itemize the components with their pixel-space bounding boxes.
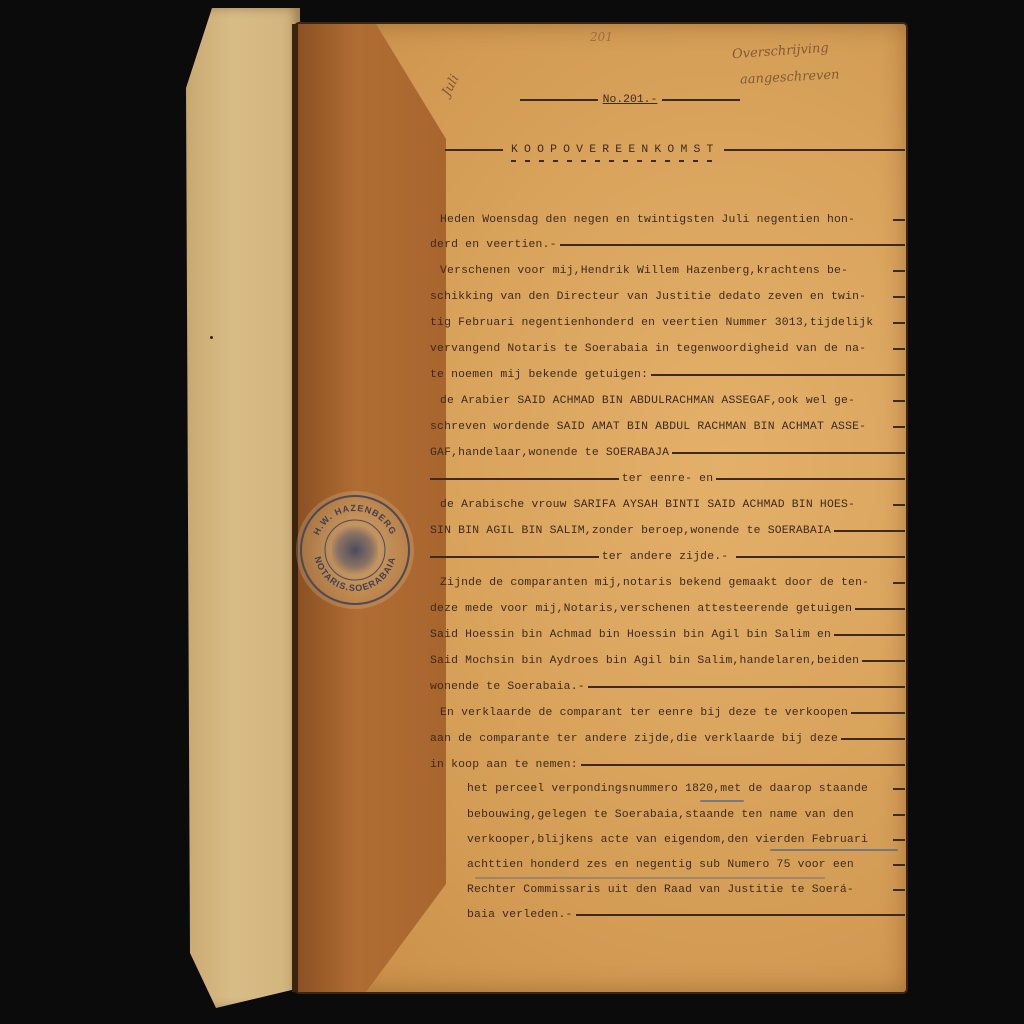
deed-line: de Arabier SAID ACHMAD BIN ABDULRACHMAN … [430,393,905,409]
fill-rule [893,814,905,816]
deed-number: No.201.- [515,92,745,108]
deed-line-text: vervangend Notaris te Soerabaia in tegen… [430,343,890,355]
deed-line-text: derd en veertien.- [430,239,557,251]
deed-line-text: baia verleden.- [467,909,573,921]
deed-line-text: Said Hoessin bin Achmad bin Hoessin bin … [430,629,831,641]
deed-line: schikking van den Directeur van Justitie… [430,289,905,305]
deed-line: ter eenre- en [430,471,905,487]
document-title: KOOPOVEREENKOMST [445,142,905,158]
deed-line-text: GAF,handelaar,wonende te SOERABAJA [430,447,669,459]
deed-line: het perceel verpondingsnummero 1820,met … [467,781,905,797]
fill-rule [581,764,905,766]
deed-line-text: ter eenre- en [622,473,713,485]
deed-line: GAF,handelaar,wonende te SOERABAJA [430,445,905,461]
deed-line-text: Verschenen voor mij,Hendrik Willem Hazen… [430,265,890,277]
title-rule-right [724,149,905,151]
fill-rule [893,788,905,790]
fill-rule [893,322,905,324]
deed-line: wonende te Soerabaia.- [430,679,905,695]
deed-line: aan de comparante ter andere zijde,die v… [430,731,905,747]
deed-line: Heden Woensdag den negen en twintigsten … [430,212,905,228]
fill-rule [430,556,599,558]
deed-line: schreven wordende SAID AMAT BIN ABDUL RA… [430,419,905,435]
deed-line-text: schikking van den Directeur van Justitie… [430,291,890,303]
deed-line-text: Rechter Commissaris uit den Raad van Jus… [467,884,890,896]
deed-line: SIN BIN AGIL BIN SALIM,zonder beroep,won… [430,523,905,539]
fill-rule [893,219,905,221]
fill-rule [851,712,905,714]
fill-rule [716,478,905,480]
deed-line-text: te noemen mij bekende getuigen: [430,369,648,381]
fill-rule [893,400,905,402]
deed-line: achttien honderd zes en negentig sub Num… [467,857,905,873]
deed-line: Zijnde de comparanten mij,notaris bekend… [430,575,905,591]
fill-rule [893,270,905,272]
fill-rule [893,504,905,506]
deed-line: En verklaarde de comparant ter eenre bij… [430,705,905,721]
deed-line-text: achttien honderd zes en negentig sub Num… [467,859,890,871]
rule-left [520,99,598,101]
deed-line: verkooper,blijkens acte van eigendom,den… [467,832,905,848]
deed-line: tig Februari negentienhonderd en veertie… [430,315,905,331]
deed-line: Said Mochsin bin Aydroes bin Agil bin Sa… [430,653,905,669]
pen-underline [770,849,898,851]
fill-rule [893,426,905,428]
fill-rule [893,864,905,866]
deed-line-text: de Arabische vrouw SARIFA AYSAH BINTI SA… [430,499,890,511]
deed-line: Said Hoessin bin Achmad bin Hoessin bin … [430,627,905,643]
deed-line: vervangend Notaris te Soerabaia in tegen… [430,341,905,357]
deed-line: te noemen mij bekende getuigen: [430,367,905,383]
fill-rule [834,530,905,532]
deed-line: derd en veertien.- [430,237,905,253]
deed-line: baia verleden.- [467,907,905,923]
deed-line-text: En verklaarde de comparant ter eenre bij… [430,707,848,719]
fill-rule [736,556,905,558]
deed-line: in koop aan te nemen: [430,757,905,773]
deed-line-text: in koop aan te nemen: [430,759,578,771]
deed-line: ter andere zijde.- [430,549,905,565]
fill-rule [893,839,905,841]
deed-line-text: aan de comparante ter andere zijde,die v… [430,733,838,745]
deed-line: bebouwing,gelegen te Soerabaia,staande t… [467,807,905,823]
fill-rule [834,634,905,636]
deed-line-text: Said Mochsin bin Aydroes bin Agil bin Sa… [430,655,859,667]
deed-line-text: wonende te Soerabaia.- [430,681,585,693]
fill-rule [893,582,905,584]
pen-underline [700,800,744,802]
fill-rule [893,889,905,891]
deed-line-text: Heden Woensdag den negen en twintigsten … [430,214,890,226]
deed-line: Verschenen voor mij,Hendrik Willem Hazen… [430,263,905,279]
deed-line-text: Zijnde de comparanten mij,notaris bekend… [430,577,890,589]
fill-rule [651,374,905,376]
fill-rule [893,348,905,350]
left-fold-flap [186,8,300,1008]
deed-line-text: verkooper,blijkens acte van eigendom,den… [467,834,890,846]
seal-text-bottom: NOTARIS.SOERABAIA [313,555,398,593]
fill-rule [672,452,905,454]
deed-line-text: deze mede voor mij,Notaris,verschenen at… [430,603,852,615]
paper-speck [210,336,213,339]
deed-line-text: het perceel verpondingsnummero 1820,met … [467,783,890,795]
binding-edge [292,24,298,992]
fill-rule [588,686,905,688]
deed-line-text: SIN BIN AGIL BIN SALIM,zonder beroep,won… [430,525,831,537]
deed-line: Rechter Commissaris uit den Raad van Jus… [467,882,905,898]
deed-line: de Arabische vrouw SARIFA AYSAH BINTI SA… [430,497,905,513]
handwritten-number: 201 [590,30,613,44]
deed-line: deze mede voor mij,Notaris,verschenen at… [430,601,905,617]
fill-rule [862,660,905,662]
fill-rule [841,738,905,740]
svg-text:NOTARIS.SOERABAIA: NOTARIS.SOERABAIA [313,555,398,593]
deed-line-text: tig Februari negentienhonderd en veertie… [430,317,890,329]
deed-line-text: ter andere zijde.- [602,551,729,563]
fill-rule [855,608,905,610]
fill-rule [560,244,905,246]
rule-right [662,99,740,101]
seal-text-ring: H.W. HAZENBERG NOTARIS.SOERABAIA [302,497,408,603]
deed-line-text: de Arabier SAID ACHMAD BIN ABDULRACHMAN … [430,395,890,407]
fill-rule [576,914,905,916]
pen-underline [475,877,825,879]
deed-line-text: bebouwing,gelegen te Soerabaia,staande t… [467,809,890,821]
deed-line-text: schreven wordende SAID AMAT BIN ABDUL RA… [430,421,890,433]
title-rule-left [445,149,503,151]
fill-rule [430,478,619,480]
fill-rule [893,296,905,298]
title-text: KOOPOVEREENKOMST [511,144,720,156]
deed-number-text: No.201.- [603,94,658,106]
notary-seal-stamp: H.W. HAZENBERG NOTARIS.SOERABAIA [300,495,410,605]
